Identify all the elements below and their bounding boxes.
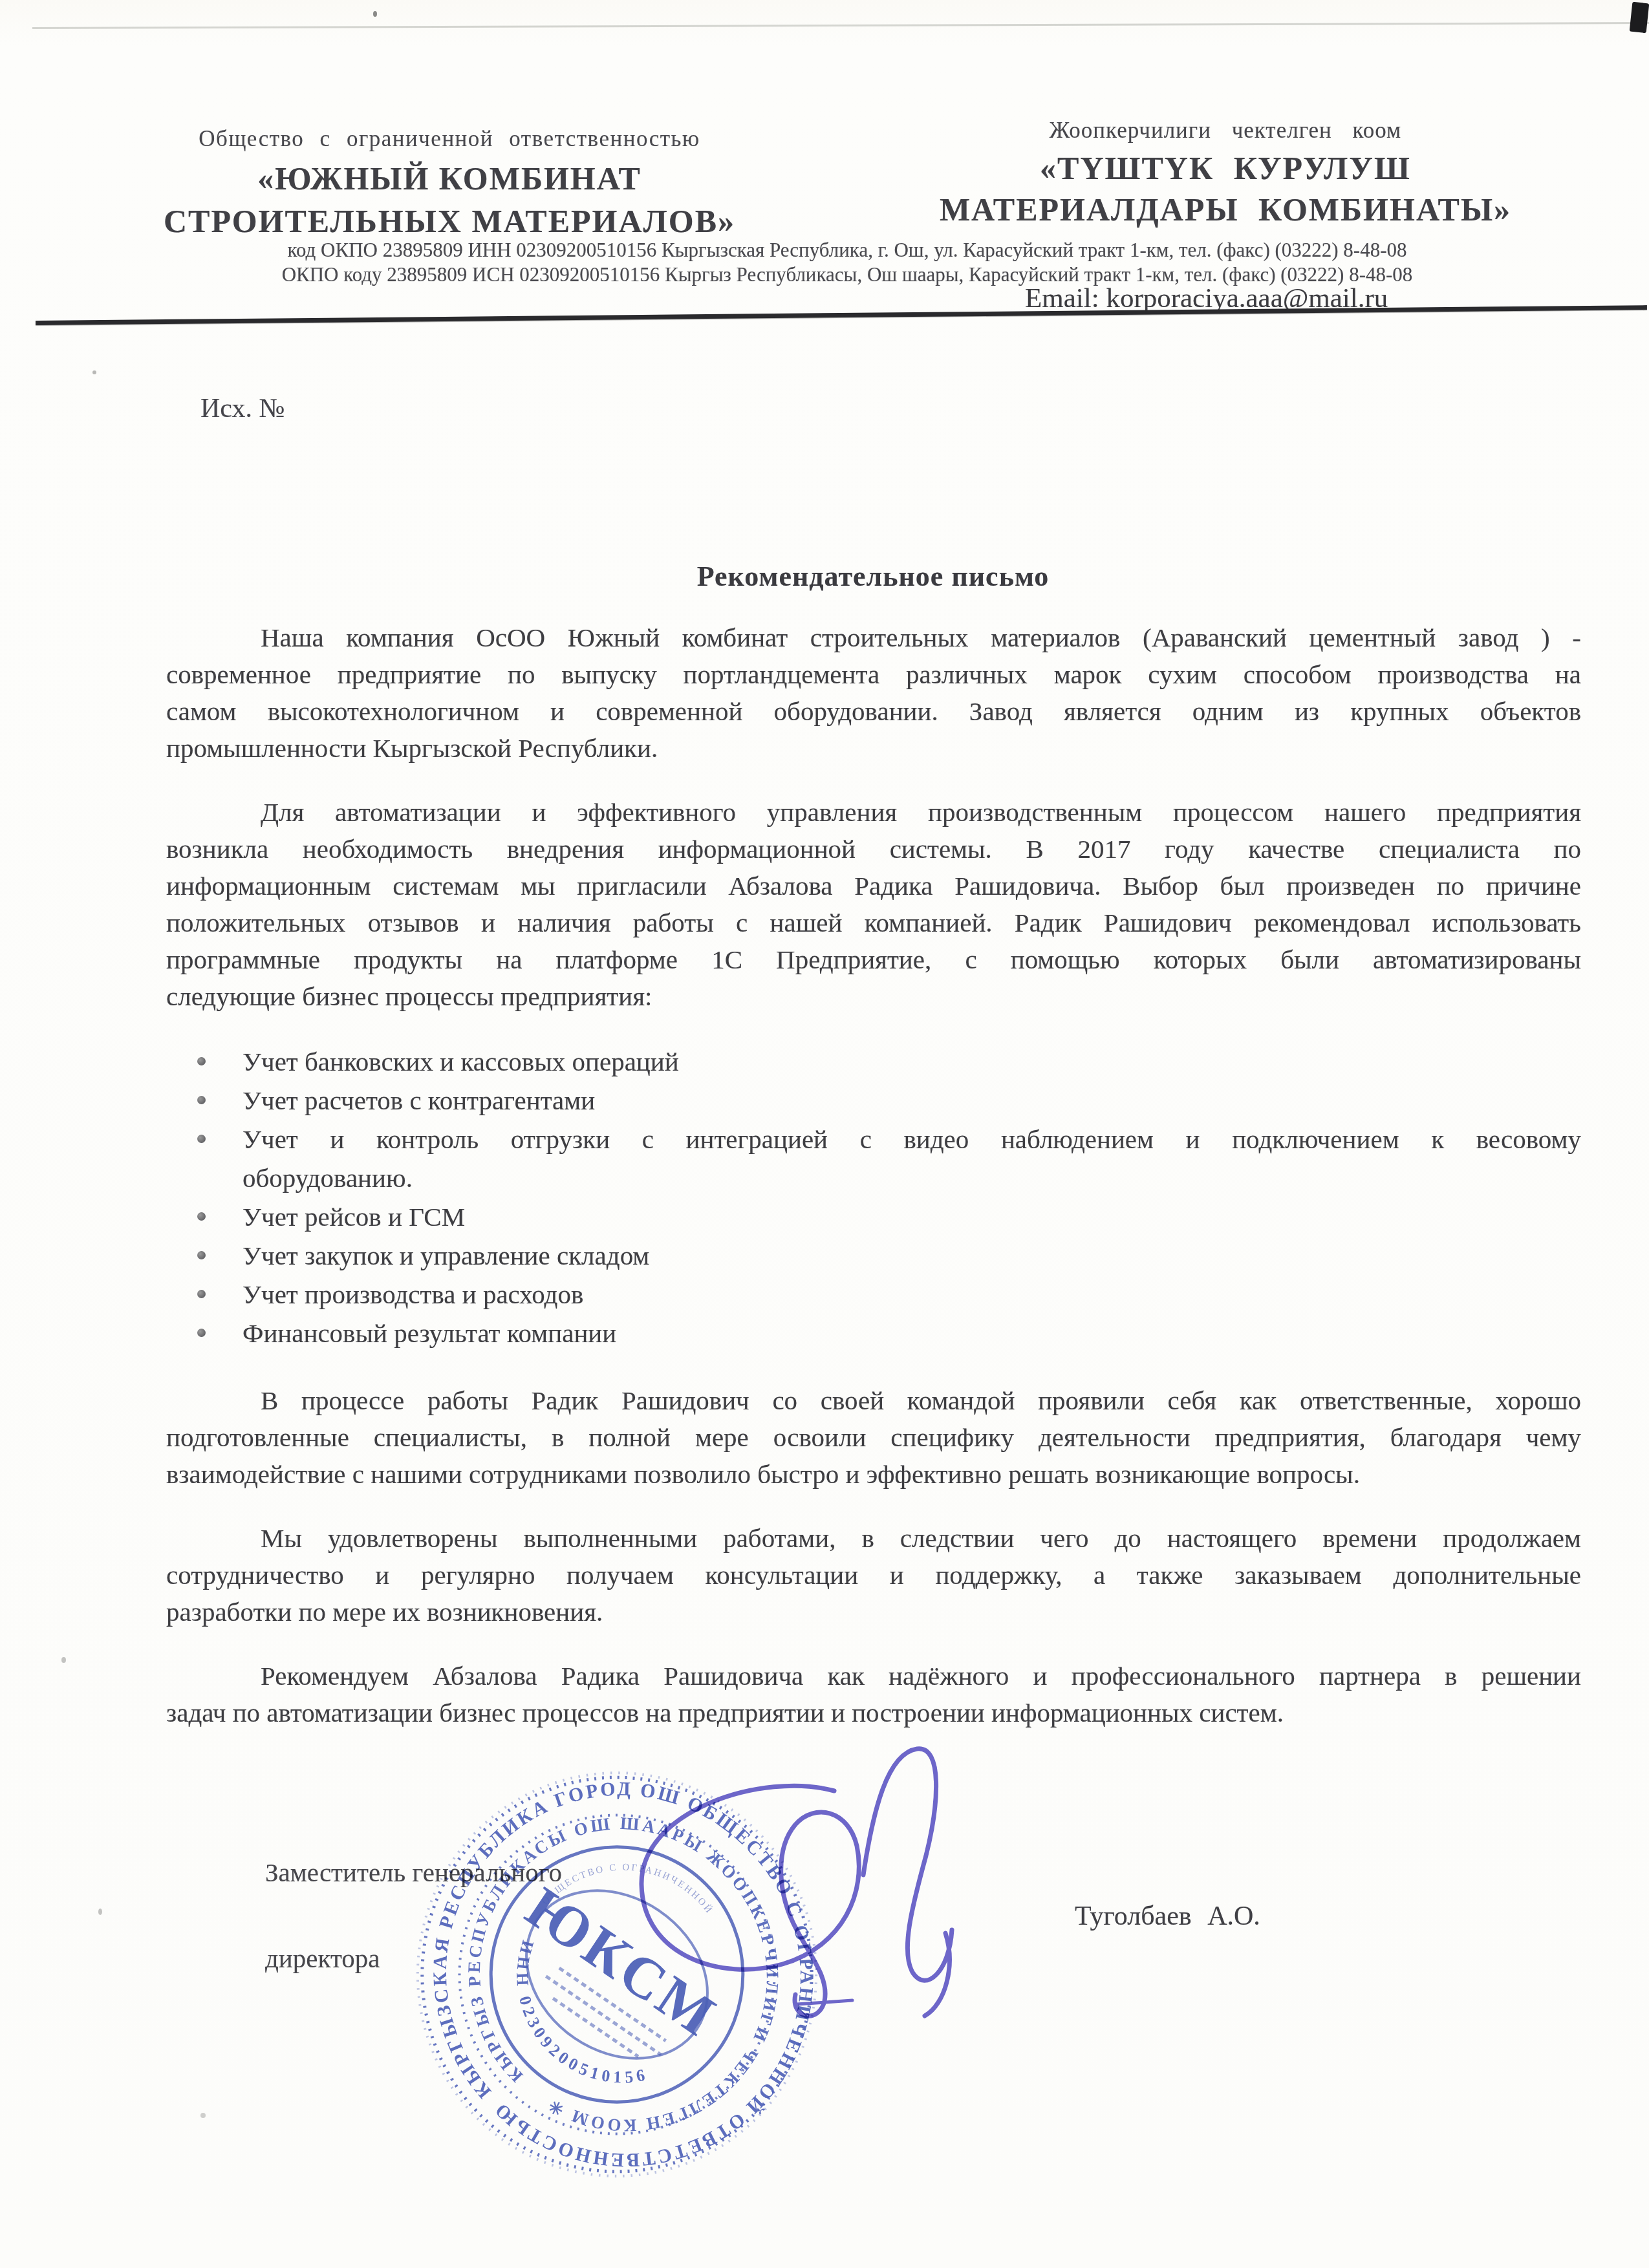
text-line: Наша компания ОсОО Южный комбинат строит… [166, 619, 1581, 656]
scan-artifact-corner-mark [1630, 2, 1649, 33]
paragraph-background: Для автоматизации и эффективного управле… [166, 794, 1581, 1015]
automated-processes-list: Учет банковских и кассовых операцийУчет … [166, 1042, 1581, 1353]
text-line: взаимодействие с нашими сотрудниками поз… [166, 1456, 1581, 1493]
letterhead-right: Жоопкерчилиги чектелген коом «ТҮШТҮК КУР… [925, 118, 1526, 228]
scan-artifact-line [32, 22, 1649, 29]
handwritten-signature [569, 1726, 983, 2062]
bullet-item: Учет расчетов с контрагентами [166, 1081, 1581, 1120]
org-type-ru: Общество с ограниченной ответственностью [162, 126, 737, 152]
scan-speck [373, 11, 377, 17]
bullet-item: Учет и контроль отгрузки с интеграцией с… [166, 1120, 1581, 1197]
paragraph-satisfaction: Мы удовлетворены выполненными работами, … [166, 1520, 1581, 1631]
paragraph-recommendation: Рекомендуем Абзалова Радика Рашидовича к… [166, 1658, 1581, 1731]
text-line: оборудованию. [242, 1159, 1581, 1197]
text-line: Учет расчетов с контрагентами [242, 1081, 1581, 1120]
requisites-line-ru: код ОКПО 23895809 ИНН 02309200510156 Кыр… [116, 238, 1578, 262]
signer-name: Туголбаев А.О. [1075, 1901, 1260, 1932]
scan-speck [92, 370, 96, 374]
bullet-item: Учет банковских и кассовых операций [166, 1042, 1581, 1081]
org-name-ru-line2: СТРОИТЕЛЬНЫХ МАТЕРИАЛОВ» [162, 202, 737, 240]
text-line: возникла необходимость внедрения информа… [166, 831, 1581, 868]
bullet-item: Учет производства и расходов [166, 1275, 1581, 1314]
paragraph-intro: Наша компания ОсОО Южный комбинат строит… [166, 619, 1581, 767]
text-line: сотрудничество и регулярно получаем конс… [166, 1557, 1581, 1594]
signer-position-line2: директора [265, 1943, 380, 1974]
company-requisites: код ОКПО 23895809 ИНН 02309200510156 Кыр… [116, 238, 1578, 287]
text-line: информационным системам мы пригласили Аб… [166, 868, 1581, 904]
scan-speck [61, 1657, 66, 1663]
letter-body: Наша компания ОсОО Южный комбинат строит… [166, 619, 1581, 1759]
bullet-item: Финансовый результат компании [166, 1314, 1581, 1353]
text-line: промышленности Кыргызской Республики. [166, 730, 1581, 767]
text-line: Финансовый результат компании [242, 1314, 1581, 1353]
letter-title: Рекомендательное письмо [165, 560, 1581, 593]
text-line: следующие бизнес процессы предприятия: [166, 978, 1581, 1015]
paragraph-performance: В процессе работы Радик Рашидович со сво… [166, 1382, 1581, 1493]
text-line: Учет рейсов и ГСМ [242, 1197, 1581, 1236]
org-type-kg: Жоопкерчилиги чектелген коом [925, 118, 1526, 144]
bullet-item: Учет рейсов и ГСМ [166, 1197, 1581, 1236]
text-line: Учет производства и расходов [242, 1275, 1581, 1314]
text-line: самом высокотехнологичном и современной … [166, 693, 1581, 730]
text-line: положительных отзывов и наличия работы с… [166, 904, 1581, 941]
signature-strokes [641, 1749, 952, 2016]
outgoing-ref-label: Исх. № [200, 393, 285, 424]
org-name-ru-line1: «ЮЖНЫЙ КОМБИНАТ [162, 160, 737, 197]
text-line: Мы удовлетворены выполненными работами, … [166, 1520, 1581, 1557]
scanned-letter-page: Общество с ограниченной ответственностью… [0, 0, 1649, 2268]
text-line: Учет закупок и управление складом [242, 1236, 1581, 1275]
text-line: подготовленные специалисты, в полной мер… [166, 1419, 1581, 1456]
org-name-kg-line2: МАТЕРИАЛДАРЫ КОМБИНАТЫ» [925, 191, 1526, 228]
text-line: Учет и контроль отгрузки с интеграцией с… [242, 1120, 1581, 1159]
text-line: современное предприятие по выпуску портл… [166, 656, 1581, 693]
text-line: Учет банковских и кассовых операций [242, 1042, 1581, 1081]
letterhead-left: Общество с ограниченной ответственностью… [162, 126, 737, 240]
text-line: В процессе работы Радик Рашидович со сво… [166, 1382, 1581, 1419]
scan-speck [98, 1909, 102, 1915]
text-line: разработки по мере их возникновения. [166, 1594, 1581, 1631]
scan-speck [200, 2113, 206, 2118]
text-line: Рекомендуем Абзалова Радика Рашидовича к… [166, 1658, 1581, 1695]
text-line: программные продукты на платформе 1С Пре… [166, 941, 1581, 978]
header-rule [36, 305, 1647, 325]
bullet-item: Учет закупок и управление складом [166, 1236, 1581, 1275]
org-name-kg-line1: «ТҮШТҮК КУРУЛУШ [925, 150, 1526, 186]
text-line: Для автоматизации и эффективного управле… [166, 794, 1581, 831]
